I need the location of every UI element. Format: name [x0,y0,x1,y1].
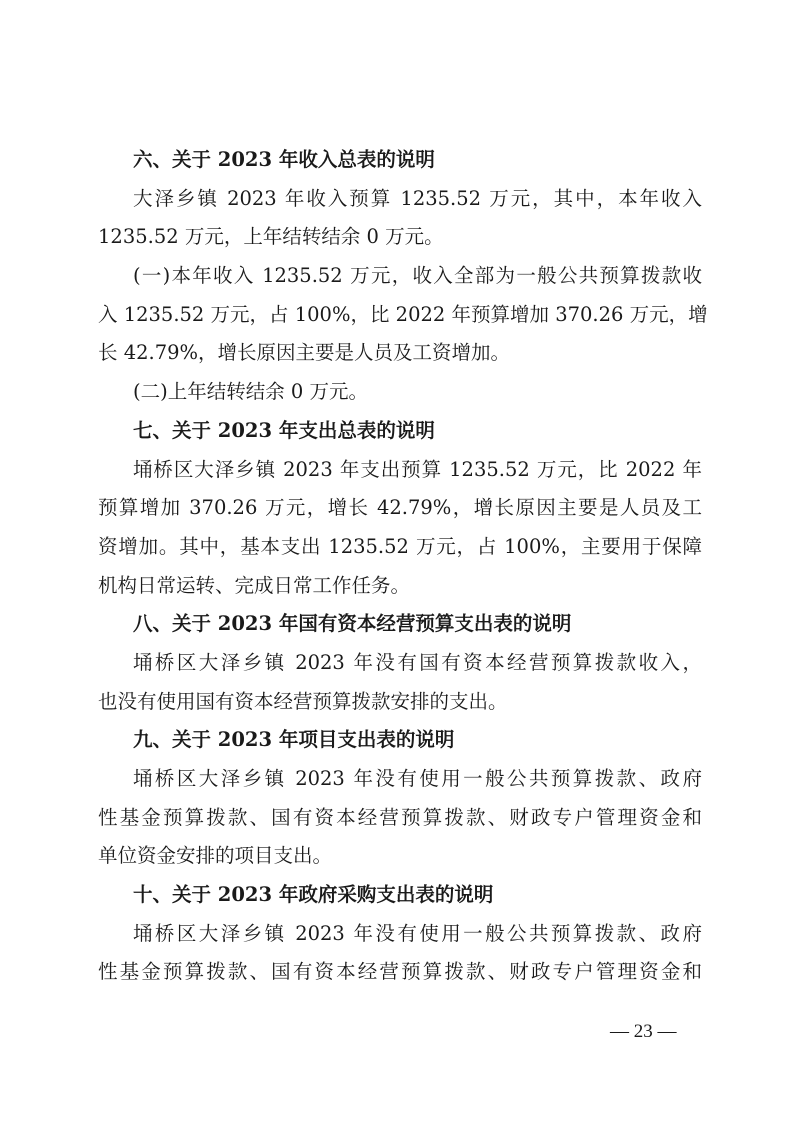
paragraph-line: 埇桥区大泽乡镇 2023 年没有国有资本经营预算拨款收入， [98,644,702,683]
paragraph-line: 预算增加 370.26 万元，增长 42.79%，增长原因主要是人员及工 [98,489,702,528]
paragraph-line: 埇桥区大泽乡镇 2023 年支出预算 1235.52 万元，比 2022 年 [98,451,702,490]
section-heading: 十、关于 2023 年政府采购支出表的说明 [98,876,702,915]
paragraph-line: 资增加。其中，基本支出 1235.52 万元，占 100%，主要用于保障 [98,528,702,567]
paragraph-line: 入 1235.52 万元，占 100%，比 2022 年预算增加 370.26 … [98,296,702,335]
paragraph-line: 也没有使用国有资本经营预算拨款安排的支出。 [98,683,702,722]
paragraph-line: 机构日常运转、完成日常工作任务。 [98,567,702,606]
paragraph-line: 性基金预算拨款、国有资本经营预算拨款、财政专户管理资金和 [98,799,702,838]
paragraph-line: 性基金预算拨款、国有资本经营预算拨款、财政专户管理资金和 [98,953,702,992]
paragraph-line: 单位资金安排的项目支出。 [98,837,702,876]
paragraph-line: 大泽乡镇 2023 年收入预算 1235.52 万元，其中，本年收入 [98,180,702,219]
paragraph-line: 长 42.79%，增长原因主要是人员及工资增加。 [98,334,702,373]
paragraph-line: 埇桥区大泽乡镇 2023 年没有使用一般公共预算拨款、政府 [98,760,702,799]
paragraph-line: (一)本年收入 1235.52 万元，收入全部为一般公共预算拨款收 [98,257,702,296]
paragraph-line: 埇桥区大泽乡镇 2023 年没有使用一般公共预算拨款、政府 [98,915,702,954]
section-heading: 九、关于 2023 年项目支出表的说明 [98,721,702,760]
section-heading: 六、关于 2023 年收入总表的说明 [98,141,702,180]
section-heading: 八、关于 2023 年国有资本经营预算支出表的说明 [98,605,702,644]
page-number: — 23 — [610,1021,677,1043]
paragraph-line: (二)上年结转结余 0 万元。 [98,373,702,412]
document-page: 六、关于 2023 年收入总表的说明 大泽乡镇 2023 年收入预算 1235.… [98,141,702,992]
section-heading: 七、关于 2023 年支出总表的说明 [98,412,702,451]
paragraph-line: 1235.52 万元，上年结转结余 0 万元。 [98,218,702,257]
